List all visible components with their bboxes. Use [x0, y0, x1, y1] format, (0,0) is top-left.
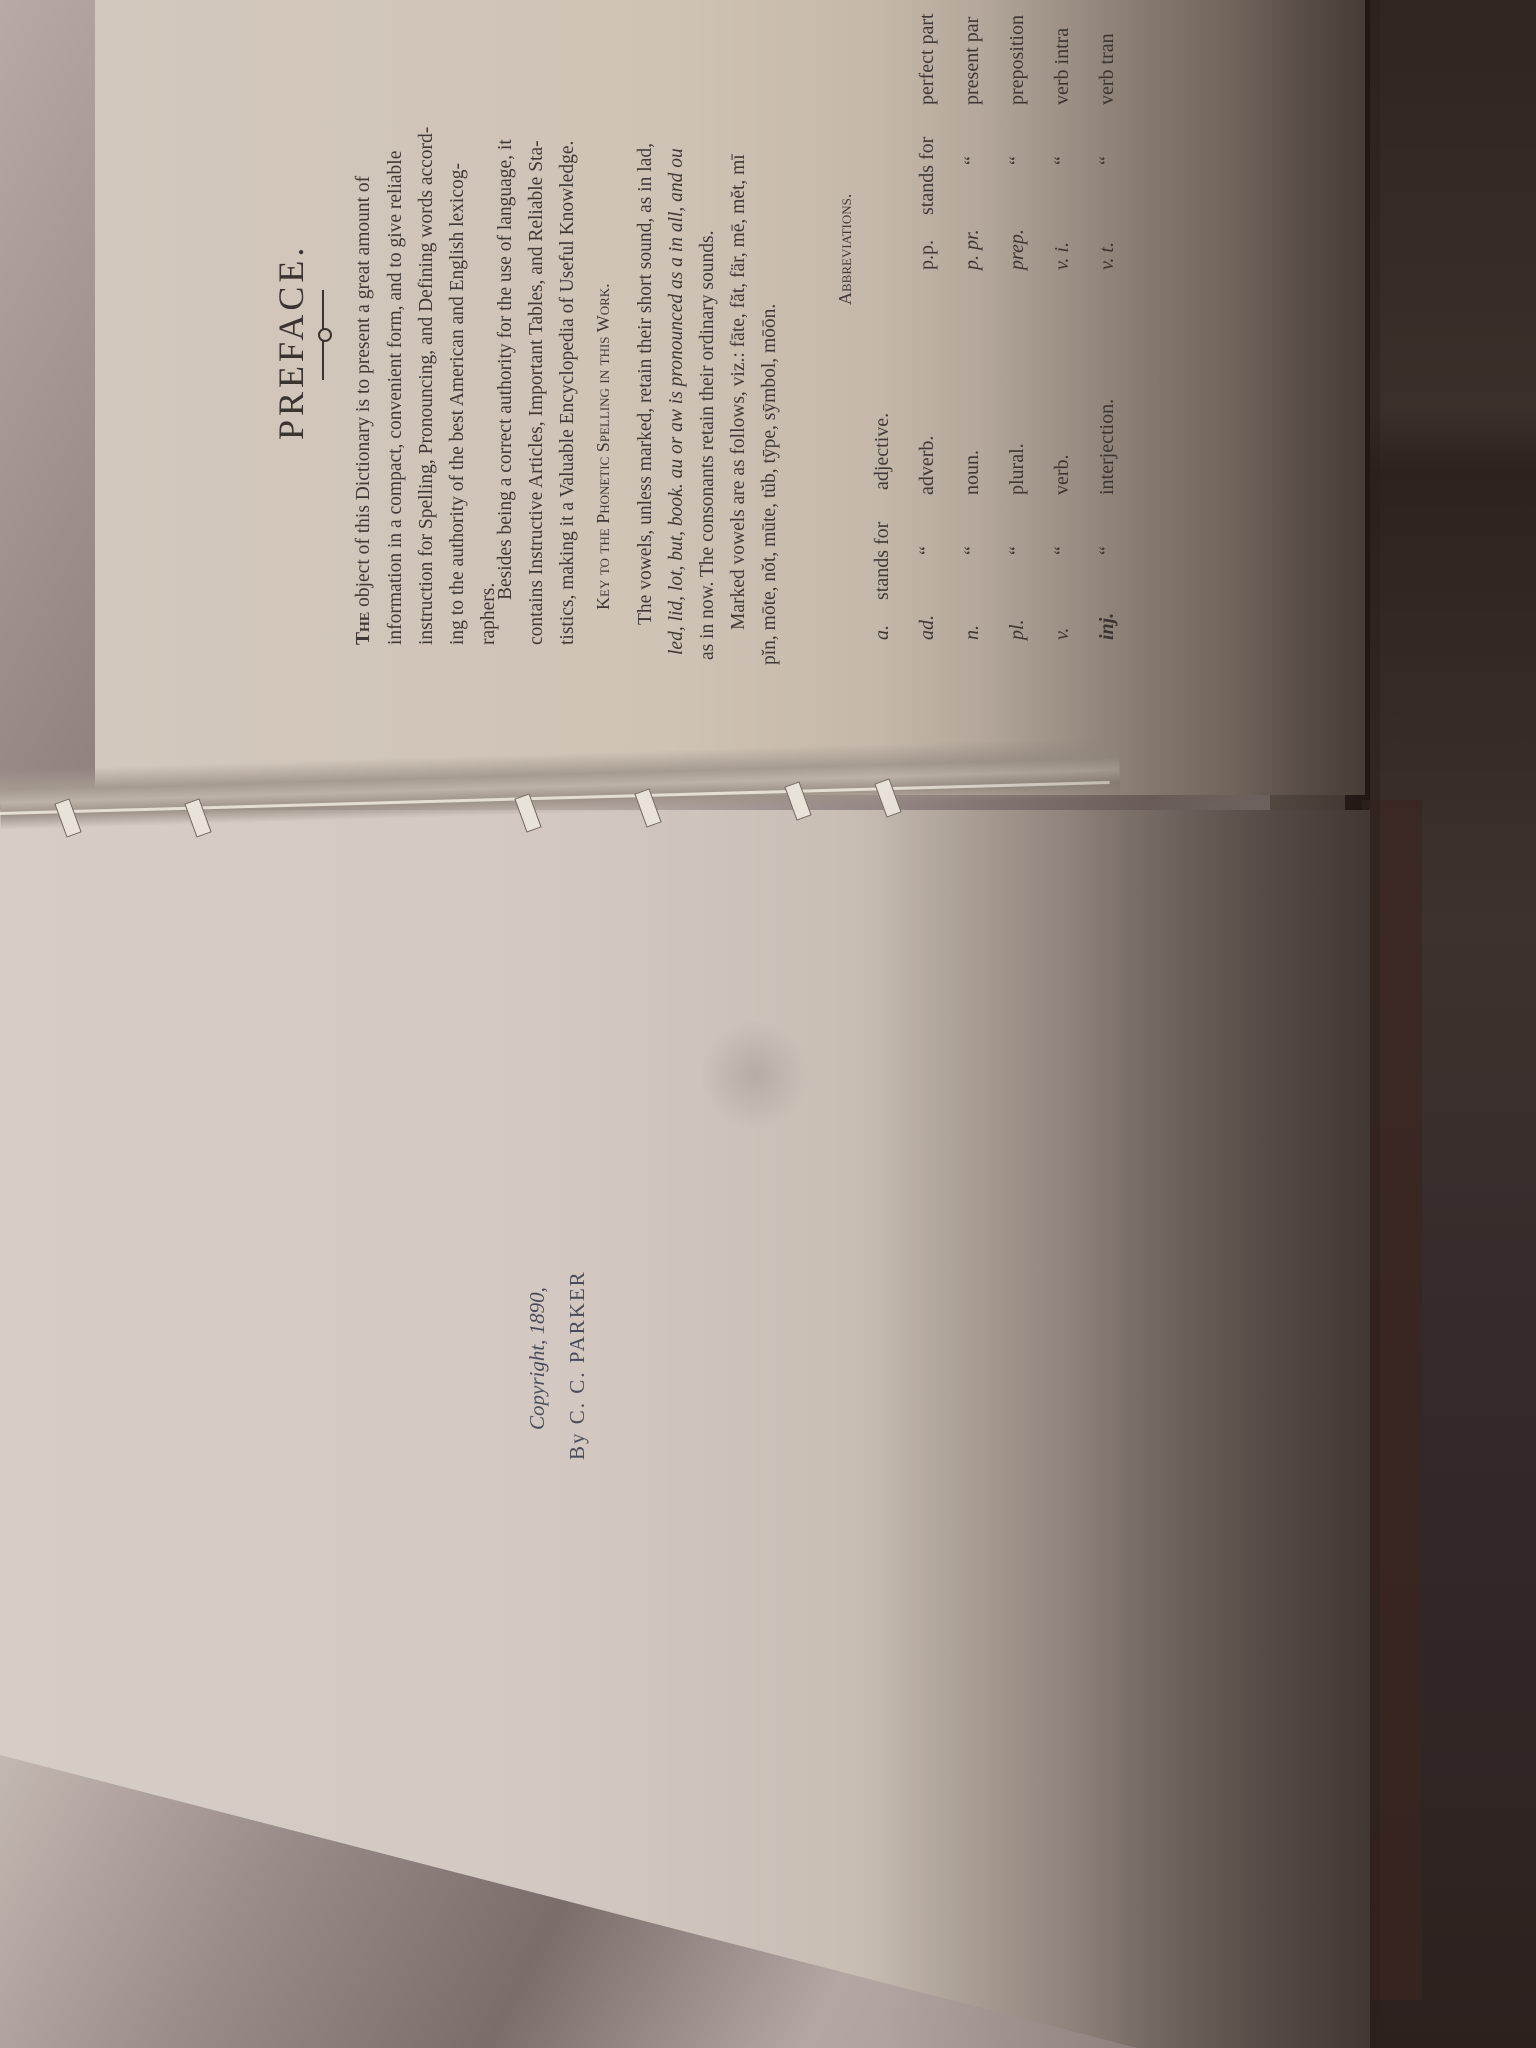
text-line: instruction for Spelling, Pronouncing, a… [411, 127, 442, 645]
text-line: The vowels, unless marked, retain their … [630, 143, 661, 625]
abbr-term: v. [1040, 555, 1085, 640]
preface-paragraph-1: The The object of this Dictionary is to … [348, 176, 379, 645]
abbreviations-left-column: a.stands foradjective. ad.“adverb. n.“no… [860, 399, 1130, 640]
abbr-row: prep.“preposition [995, 13, 1040, 270]
abbreviations-right-column: p.p.stands forperfect part p. pr.“presen… [905, 13, 1130, 270]
abbr-sep: “ [995, 105, 1040, 165]
abbr-term: v. i. [1040, 165, 1085, 270]
abbr-term: inj. [1085, 555, 1130, 640]
abbr-term: a. [860, 600, 905, 640]
abbr-row: p.p.stands forperfect part [905, 13, 950, 270]
text-line: object of this Dictionary is to present … [353, 176, 374, 607]
abbr-sep: “ [1040, 105, 1085, 165]
text-line: tistics, making it a Valuable Encycloped… [552, 141, 583, 645]
author-line: By C. C. PARKER [565, 1270, 590, 1460]
abbr-term: p.p. [905, 215, 950, 270]
abbr-sep: “ [1040, 495, 1085, 555]
abbr-meaning: present par [950, 17, 995, 105]
abbr-sep: “ [1085, 495, 1130, 555]
abbr-sep: “ [905, 495, 950, 555]
abbr-meaning: interjection. [1085, 399, 1130, 495]
cover-corner [1362, 800, 1422, 2000]
abbr-meaning: perfect part [905, 13, 950, 105]
abbr-meaning: adjective. [860, 413, 905, 490]
abbr-row: n.“noun. [950, 399, 995, 640]
abbr-meaning: verb. [1040, 454, 1085, 495]
copyright-line: Copyright, 1890, [525, 1287, 550, 1430]
abbr-row: p. pr.“present par [950, 13, 995, 270]
lead-word: The [353, 612, 374, 645]
abbr-row: a.stands foradjective. [860, 399, 905, 640]
text-line: Marked vowels are as follows, viz.: fāte… [723, 154, 754, 630]
abbr-sep: “ [950, 105, 995, 165]
text-line: as in now. The consonants retain their o… [692, 231, 723, 660]
abbr-row: pl.“plural. [995, 399, 1040, 640]
text-line: Besides being a correct authority for th… [490, 139, 521, 600]
abbr-term: n. [950, 555, 995, 640]
paper-stain [700, 1020, 810, 1130]
abbr-meaning: verb tran [1085, 33, 1130, 105]
abbr-row: v.“verb. [1040, 399, 1085, 640]
abbr-meaning: adverb. [905, 436, 950, 495]
preface-title: PREFACE. [270, 244, 312, 440]
abbreviations-heading: Abbreviations. [830, 194, 861, 305]
text-line: led, lid, lot, but, book. au or aw is pr… [661, 148, 692, 655]
abbr-meaning: preposition [995, 15, 1040, 105]
abbr-sep: “ [995, 495, 1040, 555]
abbr-meaning: plural. [995, 443, 1040, 495]
abbr-sep: “ [950, 495, 995, 555]
text-line: pĭn, mōte, nŏt, mūte, tŭb, tȳpe, sȳmbol,… [754, 304, 785, 665]
abbr-row: v. i.“verb intra [1040, 13, 1085, 270]
abbr-sep: “ [1085, 105, 1130, 165]
text-line: contains Instructive Articles, Important… [521, 140, 552, 645]
abbr-row: v. t.“verb tran [1085, 13, 1130, 270]
text-line: ing to the authority of the best America… [442, 163, 473, 645]
abbr-term: v. t. [1085, 165, 1130, 270]
abbr-term: prep. [995, 165, 1040, 270]
abbr-sep: stands for [905, 105, 950, 215]
abbr-row: inj.“interjection. [1085, 399, 1130, 640]
abbr-term: pl. [995, 555, 1040, 640]
abbr-meaning: noun. [950, 450, 995, 495]
abbr-term: p. pr. [950, 165, 995, 270]
abbr-sep: stands for [860, 490, 905, 600]
abbr-row: ad.“adverb. [905, 399, 950, 640]
abbr-meaning: verb intra [1040, 28, 1085, 105]
abbr-term: ad. [905, 555, 950, 640]
ornament-divider [322, 290, 324, 380]
text-line: information in a compact, convenient for… [380, 151, 411, 645]
key-heading: Key to the Phonetic Spelling in this Wor… [588, 283, 619, 610]
